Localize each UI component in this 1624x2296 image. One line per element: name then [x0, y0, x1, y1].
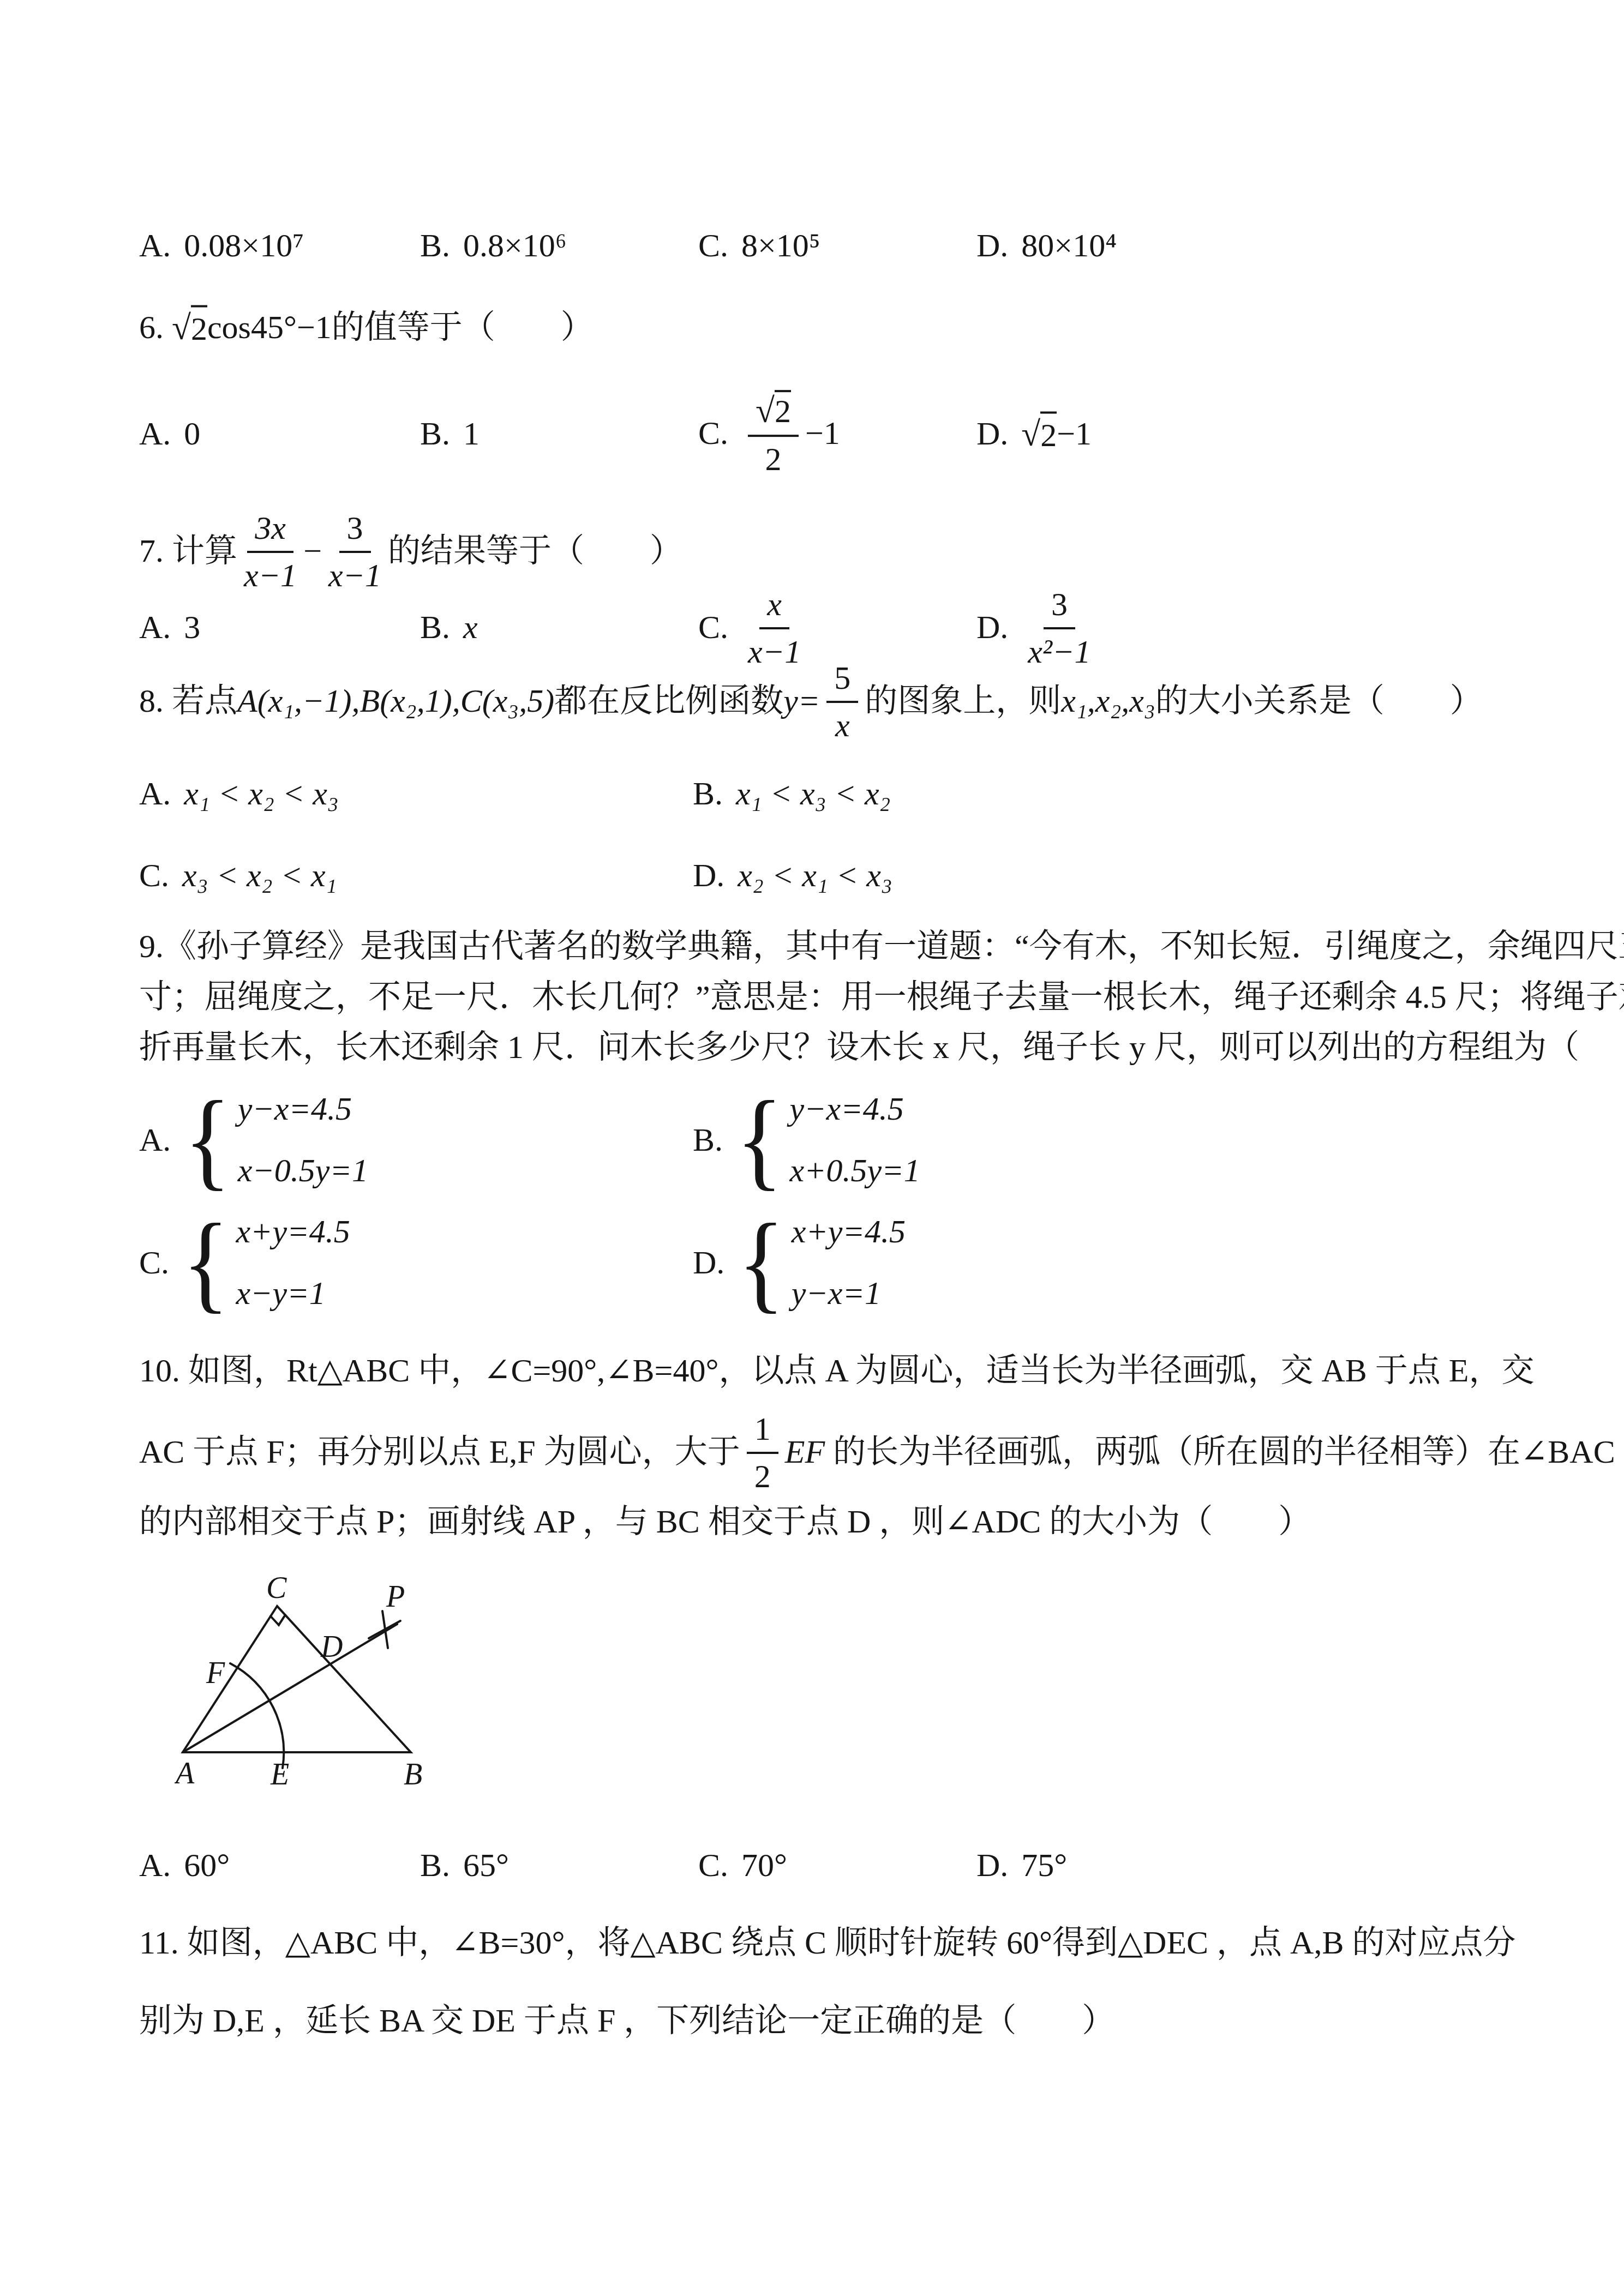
q8-fraction-denominator: x	[835, 703, 850, 743]
point-label-d: D	[320, 1630, 343, 1664]
q9-option-a-label: A.	[139, 1120, 171, 1161]
q6-option-c-denominator: 2	[765, 437, 781, 477]
q5-option-c-label: C.	[698, 225, 728, 266]
q7-option-b: B. x	[420, 607, 478, 648]
left-brace-icon: {	[738, 1207, 784, 1318]
q5-option-d-text: 80×10⁴	[1021, 225, 1117, 266]
q6-option-d-label: D.	[976, 413, 1008, 454]
q10-option-a: A. 60°	[139, 1845, 230, 1886]
q10-option-b: B. 65°	[420, 1845, 509, 1886]
q10-fraction-denominator: 2	[754, 1454, 771, 1494]
q8-option-a-label: A.	[139, 773, 171, 814]
q5-option-d: D. 80×10⁴	[976, 225, 1117, 266]
q10-option-c-label: C.	[698, 1845, 728, 1886]
q6-option-c-label: C.	[698, 413, 728, 454]
q10-line3-text: 的内部相交于点 P；画射线 AP ，与 BC 相交于点 D ，则∠ADC 的大小…	[139, 1501, 1311, 1542]
question-9-line-3: 折再量长木，长木还剩余 1 尺．问木长多少尺？设木长 x 尺，绳子长 y 尺，则…	[139, 1027, 1624, 1068]
q6-option-d-radicand: 2	[1040, 412, 1057, 456]
q9-option-d: D. { x+y=4.5 y−x=1	[693, 1211, 906, 1314]
q5-option-c-text: 8×10⁵	[741, 225, 820, 266]
q8-option-a: A. x₁ < x₂ < x₃	[139, 773, 339, 814]
q9-option-c-eq1: x+y=4.5	[236, 1211, 350, 1252]
q7-option-c-label: C.	[698, 607, 728, 648]
q6-option-b-label: B.	[420, 413, 450, 454]
sqrt-icon: √	[172, 305, 191, 348]
q7-option-b-label: B.	[420, 607, 450, 648]
q8-option-d-text: x₂ < x₁ < x₃	[738, 855, 892, 896]
q8-option-a-text: x₁ < x₂ < x₃	[184, 773, 338, 814]
q8-mid: 都在反比例函数	[554, 681, 783, 722]
q6-radicand: 2	[191, 305, 207, 350]
q10-construction-figure: A B C D E F P	[175, 1576, 426, 1789]
q7-fraction-1-denominator: x−1	[244, 553, 297, 593]
q10-option-b-label: B.	[420, 1845, 450, 1886]
q6-number: 6.	[139, 307, 172, 348]
q10-fraction-numerator: 1	[747, 1410, 778, 1454]
q8-option-b-label: B.	[693, 773, 723, 814]
point-label-p: P	[386, 1580, 405, 1614]
q8-option-c-text: x₃ < x₂ < x₁	[182, 855, 337, 896]
q7-pre: 7. 计算	[139, 531, 237, 572]
q10-option-a-label: A.	[139, 1845, 171, 1886]
q10-option-d-label: D.	[976, 1845, 1008, 1886]
q5-option-b-text: 0.8×10⁶	[463, 225, 567, 266]
q7-option-d-label: D.	[976, 607, 1008, 648]
q8-points: A(x₁,−1),B(x₂,1),C(x₃,5)	[237, 681, 554, 722]
point-label-c: C	[266, 1576, 287, 1605]
question-9-line-2: 寸；屈绳度之，不足一尺．木长几何？”意思是：用一根绳子去量一根长木，绳子还剩余 …	[139, 977, 1624, 1018]
q6-tail: 的值等于（ ）	[332, 307, 594, 348]
q7-tail: 的结果等于（ ）	[388, 531, 682, 572]
q6-option-c-fraction: √2 2	[748, 390, 799, 477]
q7-option-d-fraction: 3 x²−1	[1028, 585, 1090, 669]
q8-tail: 的大小关系是（ ）	[1155, 681, 1483, 722]
point-label-e: E	[270, 1758, 289, 1789]
left-brace-icon: {	[736, 1085, 783, 1195]
q7-option-d: D. 3 x²−1	[976, 585, 1097, 669]
q8-option-c: C. x₃ < x₂ < x₁	[139, 855, 337, 896]
q8-pre: 8. 若点	[139, 681, 237, 722]
q7-option-c: C. x x−1	[698, 585, 807, 669]
q9-option-a: A. { y−x=4.5 x−0.5y=1	[139, 1089, 368, 1191]
q11-line1-text: 11. 如图，△ABC 中，∠B=30°，将△ABC 绕点 C 顺时针旋转 60…	[139, 1922, 1515, 1963]
q10-option-c: C. 70°	[698, 1845, 787, 1886]
q5-option-b: B. 0.8×10⁶	[420, 225, 567, 266]
q9-option-a-eq2: x−0.5y=1	[238, 1150, 368, 1191]
q8-option-b-text: x₁ < x₃ < x₂	[736, 773, 890, 814]
q9-option-b-eq1: y−x=4.5	[789, 1089, 920, 1129]
q6-option-c-radicand: 2	[775, 390, 791, 429]
q8-fraction: 5x	[826, 659, 858, 743]
q9-option-d-eq2: y−x=1	[792, 1273, 906, 1314]
q10-line2-mid: EF	[785, 1432, 833, 1472]
q5-option-d-label: D.	[976, 225, 1008, 266]
q5-option-a: A. 0.08×10⁷	[139, 225, 304, 266]
q7-option-a-text: 3	[184, 607, 200, 648]
q6-option-c: C. √2 2 −1	[698, 390, 840, 477]
q6-mid: cos45°−1	[207, 307, 332, 348]
q10-line2-pre: AC 于点 F；再分别以点 E,F 为圆心，大于	[139, 1432, 740, 1472]
question-11-line-2: 别为 D,E ，延长 BA 交 DE 于点 F ，下列结论一定正确的是（ ）	[139, 2000, 1114, 2041]
q7-fraction-2: 3 x−1	[328, 509, 381, 593]
q6-option-a-label: A.	[139, 413, 171, 454]
q7-fraction-1: 3x x−1	[244, 509, 297, 593]
left-brace-icon: {	[182, 1207, 229, 1318]
q6-option-d-tail: −1	[1057, 413, 1092, 454]
q6-option-b-text: 1	[463, 413, 480, 454]
left-brace-icon: {	[184, 1085, 231, 1195]
point-label-b: B	[404, 1758, 422, 1789]
q10-option-b-text: 65°	[463, 1845, 509, 1886]
question-11-line-1: 11. 如图，△ABC 中，∠B=30°，将△ABC 绕点 C 顺时针旋转 60…	[139, 1922, 1515, 1963]
q10-option-a-text: 60°	[184, 1845, 230, 1886]
q9-option-b-label: B.	[693, 1120, 723, 1161]
q9-option-c: C. { x+y=4.5 x−y=1	[139, 1211, 350, 1314]
q6-option-a-text: 0	[184, 413, 200, 454]
q9-option-b-eq2: x+0.5y=1	[789, 1150, 920, 1191]
q9-option-d-system: { x+y=4.5 y−x=1	[738, 1211, 906, 1314]
q6-option-c-numerator: √2	[748, 390, 799, 437]
q5-option-b-label: B.	[420, 225, 450, 266]
q9-option-b: B. { y−x=4.5 x+0.5y=1	[693, 1089, 920, 1191]
q7-option-a: A. 3	[139, 607, 200, 648]
q11-line2-text: 别为 D,E ，延长 BA 交 DE 于点 F ，下列结论一定正确的是（ ）	[139, 2000, 1114, 2041]
question-10-line-2: AC 于点 F；再分别以点 E,F 为圆心，大于 1 2 EF 的长为半径画弧，…	[139, 1410, 1615, 1494]
q9-option-c-eq2: x−y=1	[236, 1273, 350, 1314]
q9-option-b-system: { y−x=4.5 x+0.5y=1	[736, 1089, 920, 1191]
q7-fraction-2-numerator: 3	[339, 509, 371, 553]
q8-option-d-label: D.	[693, 855, 724, 896]
q7-option-c-fraction: x x−1	[748, 585, 801, 669]
q5-option-a-label: A.	[139, 225, 171, 266]
point-label-a: A	[175, 1757, 195, 1789]
q6-option-a: A. 0	[139, 413, 200, 454]
q9-option-d-eq1: x+y=4.5	[792, 1211, 906, 1252]
q9-option-c-system: { x+y=4.5 x−y=1	[182, 1211, 350, 1314]
point-label-f: F	[206, 1656, 225, 1690]
q9-option-d-label: D.	[693, 1242, 724, 1283]
q7-option-b-text: x	[463, 607, 478, 648]
q9-option-c-label: C.	[139, 1242, 169, 1283]
q5-option-a-text: 0.08×10⁷	[184, 225, 304, 266]
q7-fraction-2-denominator: x−1	[328, 553, 381, 593]
right-angle-mark	[271, 1615, 285, 1625]
q10-option-d: D. 75°	[976, 1845, 1067, 1886]
q7-fraction-1-numerator: 3x	[247, 509, 293, 553]
q9-option-a-eq1: y−x=4.5	[238, 1089, 368, 1129]
q9-line3-text: 折再量长木，长木还剩余 1 尺．问木长多少尺？设木长 x 尺，绳子长 y 尺，则…	[139, 1027, 1624, 1068]
q8-option-c-label: C.	[139, 855, 169, 896]
q7-option-d-numerator: 3	[1044, 585, 1075, 629]
q10-line2-tail: 的长为半径画弧，两弧（所在圆的半径相等）在∠BAC	[833, 1432, 1615, 1472]
question-10-line-1: 10. 如图，Rt△ABC 中，∠C=90°,∠B=40°，以点 A 为圆心，适…	[139, 1350, 1534, 1391]
q10-fraction: 1 2	[747, 1410, 778, 1494]
q8-y-equals: y=	[783, 681, 820, 722]
q8-mid2: 的图象上，则	[865, 681, 1061, 722]
question-7-stem: 7. 计算 3x x−1 − 3 x−1 的结果等于（ ）	[139, 509, 682, 593]
q9-line2-text: 寸；屈绳度之，不足一尺．木长几何？”意思是：用一根绳子去量一根长木，绳子还剩余 …	[139, 977, 1624, 1018]
q10-option-d-text: 75°	[1021, 1845, 1067, 1886]
q5-option-c: C. 8×10⁵	[698, 225, 820, 266]
q8-fraction-numerator: 5	[826, 659, 858, 703]
q9-option-a-system: { y−x=4.5 x−0.5y=1	[184, 1089, 368, 1191]
question-10-line-3: 的内部相交于点 P；画射线 AP ，与 BC 相交于点 D ，则∠ADC 的大小…	[139, 1501, 1311, 1542]
q7-option-a-label: A.	[139, 607, 171, 648]
sqrt-icon: √	[756, 391, 775, 430]
sqrt-icon: √	[1021, 412, 1040, 455]
q10-option-c-text: 70°	[741, 1845, 787, 1886]
q8-option-b: B. x₁ < x₃ < x₂	[693, 773, 890, 814]
q8-option-d: D. x₂ < x₁ < x₃	[693, 855, 892, 896]
q7-option-c-numerator: x	[759, 585, 789, 629]
q9-line1-text: 9.《孙子算经》是我国古代著名的数学典籍，其中有一道题：“今有木，不知长短．引绳…	[139, 926, 1624, 967]
q8-vars: x₁,x₂,x₃	[1061, 681, 1155, 722]
question-9-line-1: 9.《孙子算经》是我国古代著名的数学典籍，其中有一道题：“今有木，不知长短．引绳…	[139, 926, 1624, 967]
q6-option-d: D. √2−1	[976, 412, 1092, 456]
question-8-stem: 8. 若点A(x₁,−1),B(x₂,1),C(x₃,5)都在反比例函数y=5x…	[139, 659, 1483, 743]
exam-page: A. 0.08×10⁷ B. 0.8×10⁶ C. 8×10⁵ D. 80×10…	[0, 0, 1624, 2296]
q6-option-b: B. 1	[420, 413, 480, 454]
question-6-stem: 6. √2cos45°−1的值等于（ ）	[139, 305, 594, 350]
q7-minus: −	[303, 531, 322, 572]
q6-option-c-tail: −1	[805, 413, 840, 454]
q10-line1-text: 10. 如图，Rt△ABC 中，∠C=90°,∠B=40°，以点 A 为圆心，适…	[139, 1350, 1534, 1391]
